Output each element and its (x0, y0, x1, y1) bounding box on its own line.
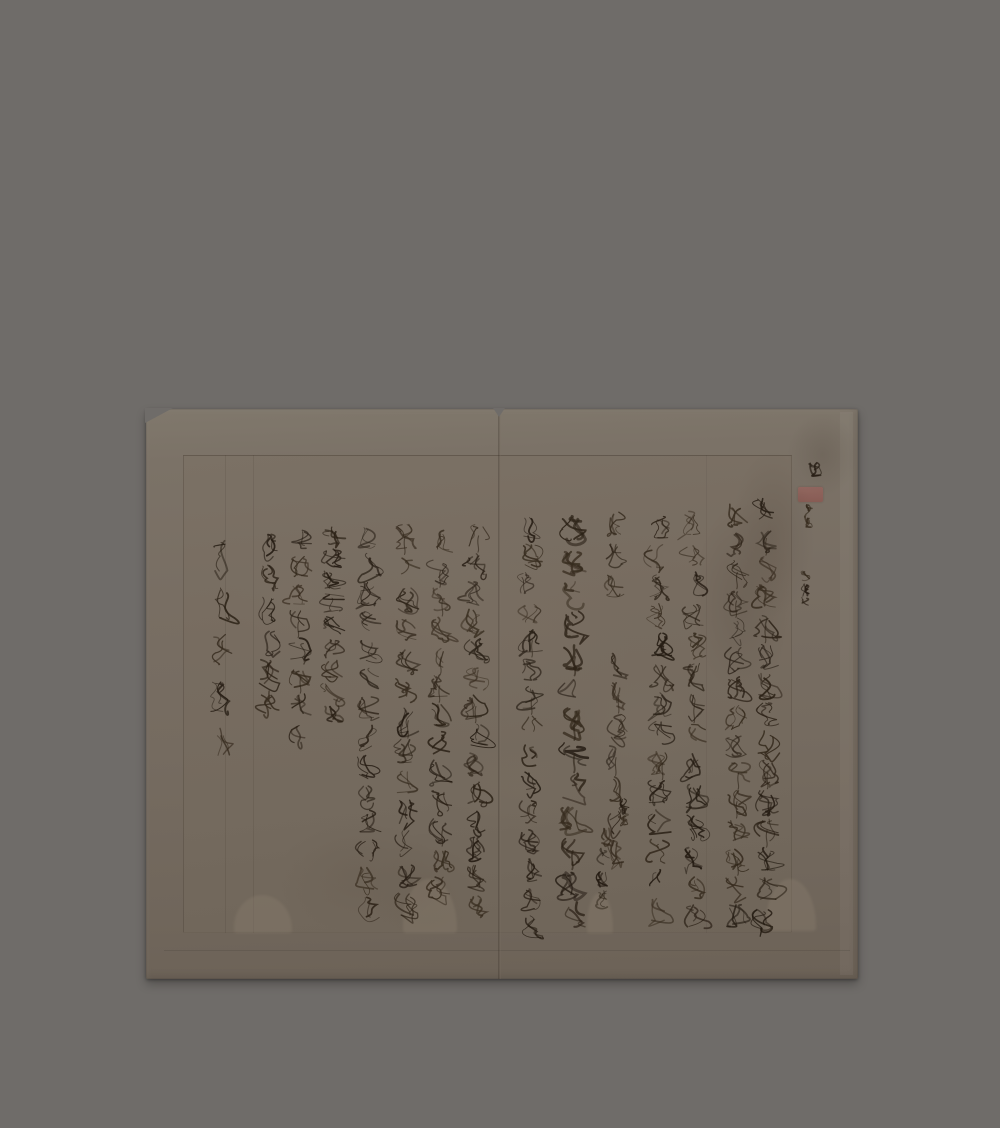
calligraphy-column (722, 501, 754, 931)
posthumous-title-label (800, 569, 816, 609)
calligraphy-column (427, 528, 458, 902)
corner-fold (145, 408, 173, 423)
calligraphy-column (752, 495, 784, 933)
calligraphy-column (319, 525, 350, 725)
top-edge-notch (493, 408, 505, 417)
calligraphy-column (557, 512, 593, 932)
calligraphy-column (285, 525, 316, 747)
signer-label (616, 797, 633, 827)
manuscript-photo (146, 409, 858, 979)
fold-crease (253, 455, 254, 933)
calligraphy-column (392, 522, 424, 920)
red-name-seal (798, 487, 823, 502)
calligraphy-column (601, 509, 630, 599)
photo-backdrop (0, 0, 1000, 1128)
center-fold-crease (498, 409, 501, 979)
calligraphy-column (462, 522, 494, 920)
calligraphy-column (517, 512, 548, 942)
surname-label (805, 461, 824, 478)
mount-border-line (164, 950, 850, 951)
calligraphy-column (256, 530, 286, 720)
name-label (802, 503, 816, 529)
paper-edge-highlight (840, 412, 853, 975)
calligraphy-column (354, 522, 386, 922)
calligraphy-column (646, 513, 678, 925)
calligraphy-column (208, 537, 238, 771)
calligraphy-column (680, 509, 712, 933)
